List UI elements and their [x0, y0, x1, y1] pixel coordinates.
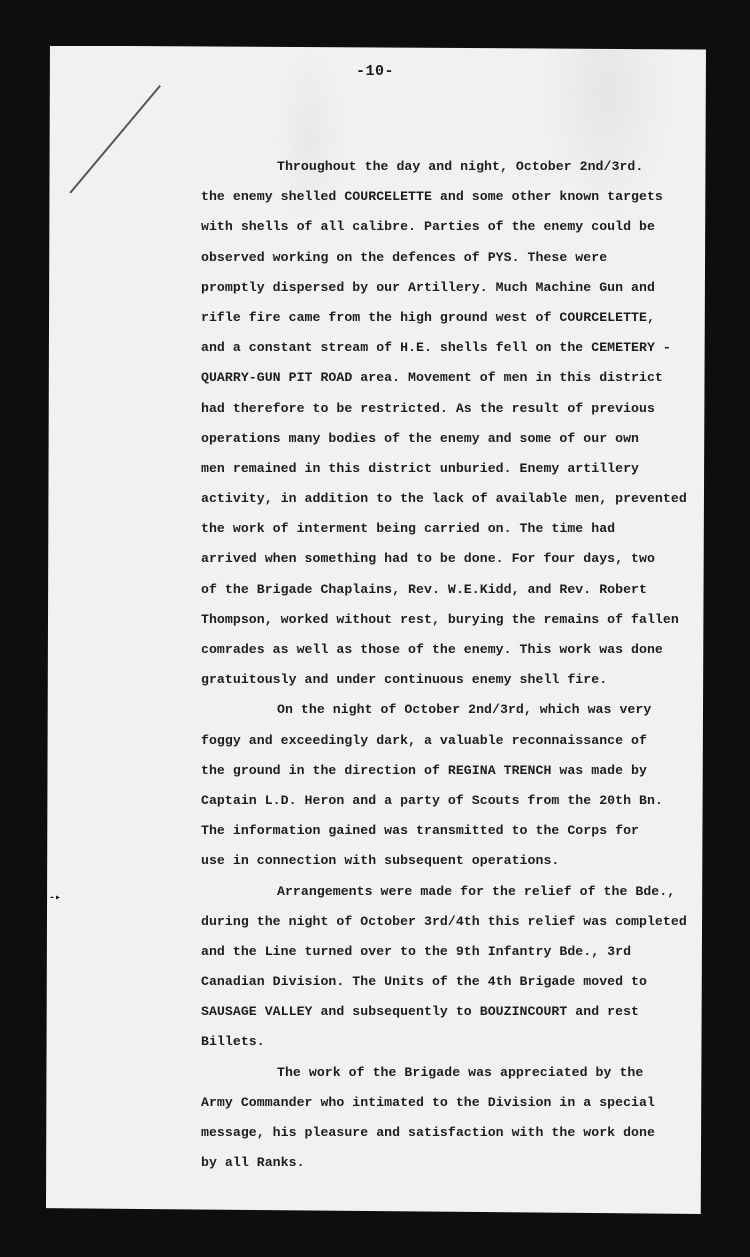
text-line: gratuitously and under continuous enemy … [201, 665, 701, 695]
text-line: operations many bodies of the enemy and … [201, 424, 701, 454]
text-line: of the Brigade Chaplains, Rev. W.E.Kidd,… [201, 575, 701, 605]
text-line: Canadian Division. The Units of the 4th … [201, 967, 701, 997]
text-line: with shells of all calibre. Parties of t… [201, 212, 701, 242]
text-line: observed working on the defences of PYS.… [201, 243, 701, 273]
text-line: promptly dispersed by our Artillery. Muc… [201, 273, 701, 303]
page-number: -10- [0, 63, 750, 80]
text-line: the work of interment being carried on. … [201, 514, 701, 544]
text-line: arrived when something had to be done. F… [201, 544, 701, 574]
text-line: had therefore to be restricted. As the r… [201, 394, 701, 424]
text-line: men remained in this district unburied. … [201, 454, 701, 484]
text-line: by all Ranks. [201, 1148, 701, 1178]
text-line: QUARRY-GUN PIT ROAD area. Movement of me… [201, 363, 701, 393]
text-line: comrades as well as those of the enemy. … [201, 635, 701, 665]
text-line: The work of the Brigade was appreciated … [201, 1058, 701, 1088]
text-line: during the night of October 3rd/4th this… [201, 907, 701, 937]
text-line: rifle fire came from the high ground wes… [201, 303, 701, 333]
text-line: message, his pleasure and satisfaction w… [201, 1118, 701, 1148]
text-line: Army Commander who intimated to the Divi… [201, 1088, 701, 1118]
margin-mark: -▸ [49, 892, 61, 904]
text-line: Arrangements were made for the relief of… [201, 877, 701, 907]
paragraph-reconnaissance: On the night of October 2nd/3rd, which w… [201, 695, 701, 876]
text-line: Throughout the day and night, October 2n… [201, 152, 701, 182]
text-line: the enemy shelled COURCELETTE and some o… [201, 182, 701, 212]
text-line: use in connection with subsequent operat… [201, 846, 701, 876]
text-line: Billets. [201, 1027, 701, 1057]
text-line: On the night of October 2nd/3rd, which w… [201, 695, 701, 725]
text-line: SAUSAGE VALLEY and subsequently to BOUZI… [201, 997, 701, 1027]
text-line: the ground in the direction of REGINA TR… [201, 756, 701, 786]
text-line: foggy and exceedingly dark, a valuable r… [201, 726, 701, 756]
document-body: Throughout the day and night, October 2n… [201, 152, 701, 1178]
text-line: Captain L.D. Heron and a party of Scouts… [201, 786, 701, 816]
text-line: and a constant stream of H.E. shells fel… [201, 333, 701, 363]
paragraph-appreciation: The work of the Brigade was appreciated … [201, 1058, 701, 1179]
text-line: The information gained was transmitted t… [201, 816, 701, 846]
text-line: and the Line turned over to the 9th Infa… [201, 937, 701, 967]
paragraph-relief: Arrangements were made for the relief of… [201, 877, 701, 1058]
text-line: activity, in addition to the lack of ava… [201, 484, 701, 514]
paragraph-shelling: Throughout the day and night, October 2n… [201, 152, 701, 695]
text-line: Thompson, worked without rest, burying t… [201, 605, 701, 635]
